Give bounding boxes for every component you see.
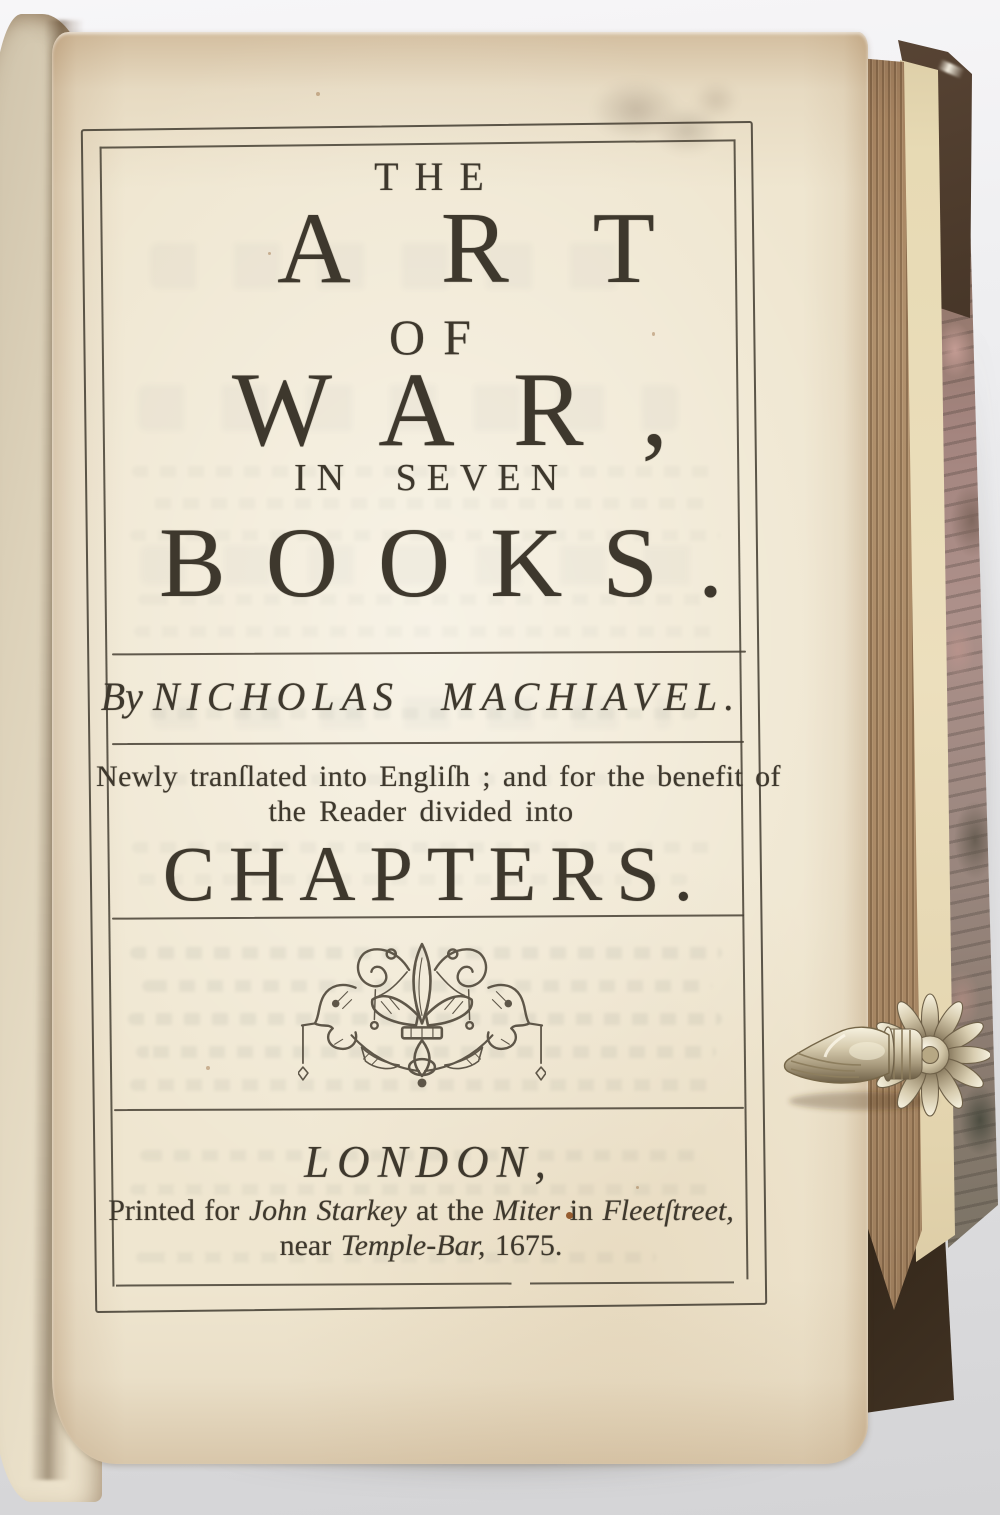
imprint-text: near bbox=[280, 1229, 341, 1262]
imprint-shop-sign: Miter bbox=[493, 1194, 560, 1227]
byline: By NICHOLAS MACHIAVEL. bbox=[96, 677, 746, 717]
byline-author: NICHOLAS MACHIAVEL. bbox=[153, 674, 741, 719]
imprint-text: in bbox=[560, 1194, 602, 1227]
subtitle-line-1: Newly tranſlated into Engliſh ; and for … bbox=[96, 762, 746, 792]
rust-spot bbox=[566, 1212, 573, 1219]
foxing-spot bbox=[268, 252, 271, 255]
title-line-books: BOOKS. bbox=[96, 513, 786, 613]
imprint-line-1: Printed for John Starkey at the Miter in… bbox=[96, 1196, 746, 1226]
title-line-in-seven: IN SEVEN bbox=[96, 459, 756, 497]
imprint-year: 1675. bbox=[485, 1229, 562, 1262]
imprint-publisher: John Starkey bbox=[249, 1194, 407, 1227]
subtitle-line-2: the Reader divided into bbox=[96, 797, 746, 827]
foxing-spot bbox=[206, 1066, 210, 1070]
imprint-city: LONDON, bbox=[96, 1140, 754, 1185]
imprint-landmark: Temple-Bar, bbox=[341, 1229, 486, 1262]
foxing-spot bbox=[316, 92, 320, 96]
fleur-de-lis-ornament-icon bbox=[298, 936, 546, 1090]
imprint-line-2: near Temple-Bar, 1675. bbox=[96, 1231, 746, 1261]
imprint-street: Fleetſtreet, bbox=[602, 1194, 733, 1227]
byline-prefix: By bbox=[101, 674, 143, 719]
imprint-text: Printed for bbox=[108, 1194, 249, 1227]
foxing-spot bbox=[636, 1186, 639, 1189]
ink-offset-smudge bbox=[588, 70, 748, 170]
title-line-war: WAR, bbox=[96, 357, 804, 463]
hand-page-holder bbox=[775, 993, 990, 1117]
foxing-spot bbox=[652, 332, 655, 336]
book-photo: THE ART OF WAR, IN SEVEN BOOKS. By NICHO… bbox=[0, 0, 1000, 1515]
imprint-text: at the bbox=[407, 1194, 494, 1227]
title-line-chapters: CHAPTERS. bbox=[96, 835, 760, 913]
title-line-art: ART bbox=[96, 198, 836, 300]
